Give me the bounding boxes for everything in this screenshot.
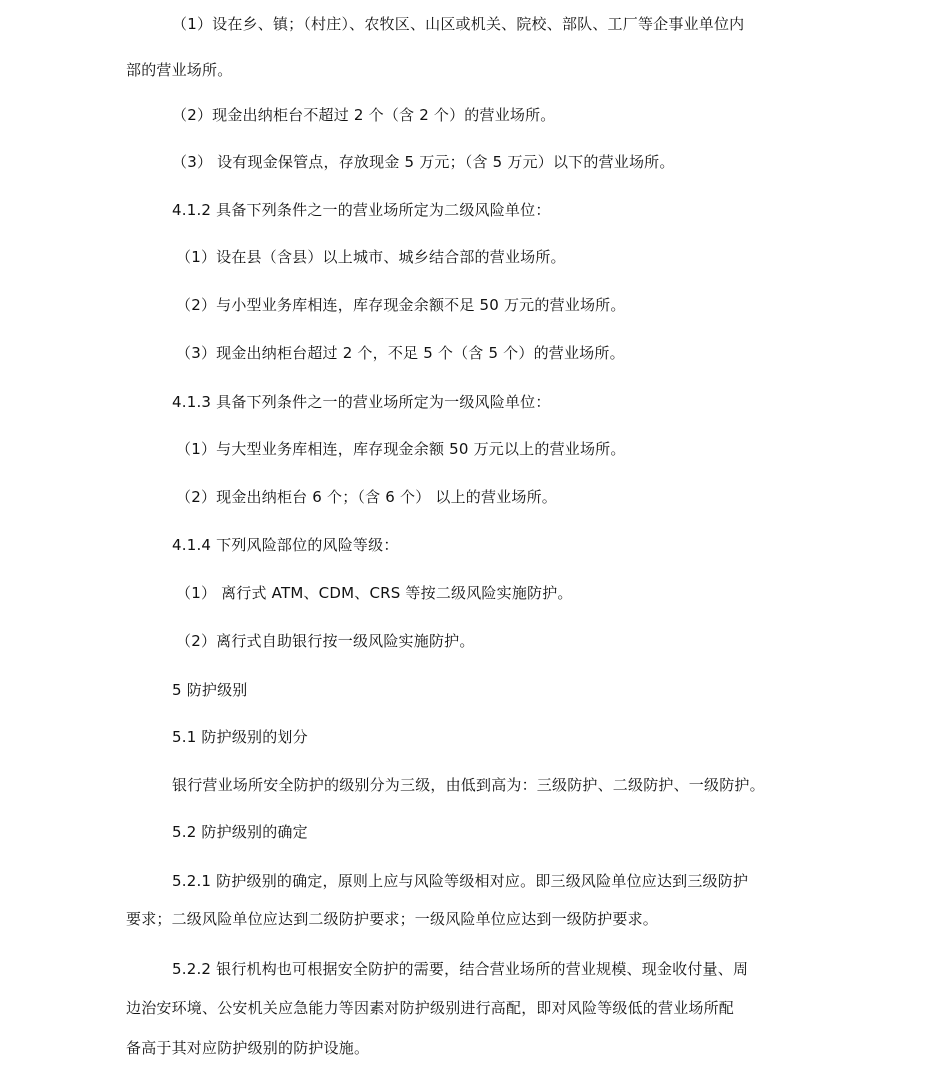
item-4-1-4-1: （1） 离行式 ATM、CDM、CRS 等按二级风险实施防护。 xyxy=(176,583,573,603)
section-5-2-2-line-1: 5.2.2 银行机构也可根据安全防护的需要，结合营业场所的营业规模、现金收付量、… xyxy=(172,959,748,979)
item-4-1-2-1: （1）设在县（含县）以上城市、城乡结合部的营业场所。 xyxy=(176,247,566,267)
item-4-1-3-1: （1）与大型业务库相连，库存现金余额 50 万元以上的营业场所。 xyxy=(176,439,626,459)
section-5-1-heading: 5.1 防护级别的划分 xyxy=(172,727,308,747)
item-3-cash-storage: （3） 设有现金保管点，存放现金 5 万元；（含 5 万元）以下的营业场所。 xyxy=(172,152,675,172)
item-1-rural-location: （1）设在乡、镇；（村庄）、农牧区、山区或机关、院校、部队、工厂等企事业单位内 xyxy=(172,14,744,34)
section-5-2-2-line-2: 边治安环境、公安机关应急能力等因素对防护级别进行高配，即对风险等级低的营业场所配 xyxy=(126,998,734,1018)
item-4-1-2-3: （3）现金出纳柜台超过 2 个，不足 5 个（含 5 个）的营业场所。 xyxy=(176,343,625,363)
item-2-counter-limit: （2）现金出纳柜台不超过 2 个（含 2 个）的营业场所。 xyxy=(172,105,556,125)
item-4-1-4-2: （2）离行式自助银行按一级风险实施防护。 xyxy=(176,631,475,651)
item-1-continued: 部的营业场所。 xyxy=(126,60,232,80)
section-5-heading: 5 防护级别 xyxy=(172,680,248,700)
section-4-1-4-heading: 4.1.4 下列风险部位的风险等级： xyxy=(172,535,399,555)
section-5-2-1-line-2: 要求；二级风险单位应达到二级防护要求；一级风险单位应达到一级防护要求。 xyxy=(126,909,658,929)
section-5-2-1-line-1: 5.2.1 防护级别的确定，原则上应与风险等级相对应。即三级风险单位应达到三级防… xyxy=(172,871,748,891)
section-4-1-3-heading: 4.1.3 具备下列条件之一的营业场所定为一级风险单位： xyxy=(172,392,551,412)
item-4-1-2-2: （2）与小型业务库相连，库存现金余额不足 50 万元的营业场所。 xyxy=(176,295,626,315)
section-5-2-2-line-3: 备高于其对应防护级别的防护设施。 xyxy=(126,1038,369,1058)
section-5-1-body: 银行营业场所安全防护的级别分为三级，由低到高为：三级防护、二级防护、一级防护。 xyxy=(172,775,765,795)
item-4-1-3-2: （2）现金出纳柜台 6 个；（含 6 个） 以上的营业场所。 xyxy=(176,487,557,507)
section-5-2-heading: 5.2 防护级别的确定 xyxy=(172,822,308,842)
section-4-1-2-heading: 4.1.2 具备下列条件之一的营业场所定为二级风险单位： xyxy=(172,200,551,220)
